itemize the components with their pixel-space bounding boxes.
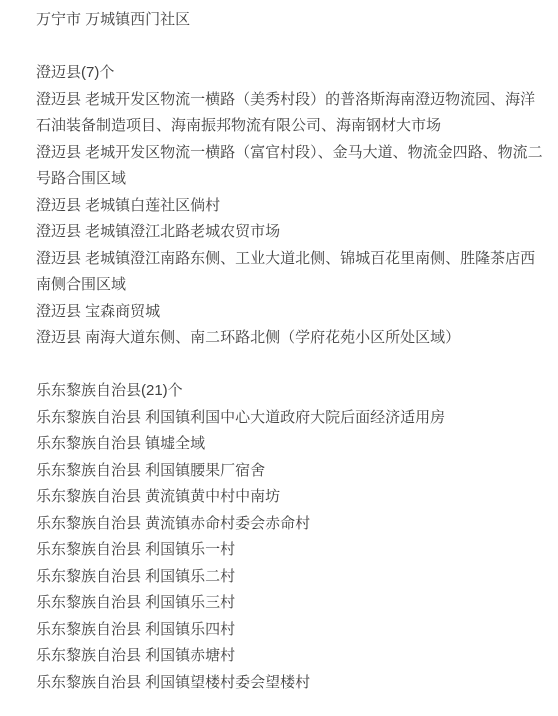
section-header: 澄迈县(7)个	[36, 60, 545, 87]
risk-area-item: 乐东黎族自治县 利国镇腰果厂宿舍	[36, 458, 545, 485]
risk-area-item: 乐东黎族自治县 黄流镇黄中村中南坊	[36, 484, 545, 511]
risk-area-item: 乐东黎族自治县 黄流镇赤命村委会赤命村	[36, 511, 545, 538]
region-intro-line: 万宁市 万城镇西门社区	[36, 7, 545, 34]
risk-area-item: 澄迈县 宝森商贸城	[36, 299, 545, 326]
risk-area-item: 澄迈县 老城镇澄江北路老城农贸市场	[36, 219, 545, 246]
risk-area-item: 澄迈县 南海大道东侧、南二环路北侧（学府花苑小区所处区域）	[36, 325, 545, 352]
risk-area-item: 乐东黎族自治县 利国镇乐一村	[36, 537, 545, 564]
risk-area-item: 澄迈县 老城镇澄江南路东侧、工业大道北侧、锦城百花里南侧、胜隆茶店西南侧合围区域	[36, 246, 545, 299]
risk-area-item: 乐东黎族自治县 利国镇乐二村	[36, 564, 545, 591]
risk-area-item: 乐东黎族自治县 利国镇乐四村	[36, 617, 545, 644]
risk-area-item: 澄迈县 老城开发区物流一横路（富官村段）、金马大道、物流金四路、物流二号路合围区…	[36, 140, 545, 193]
risk-area-item: 乐东黎族自治县 利国镇利国中心大道政府大院后面经济适用房	[36, 405, 545, 432]
section-header: 乐东黎族自治县(21)个	[36, 378, 545, 405]
risk-area-item: 乐东黎族自治县 利国镇望楼村委会望楼村	[36, 670, 545, 697]
risk-area-item: 乐东黎族自治县 利国镇赤塘村	[36, 643, 545, 670]
risk-area-item: 澄迈县 老城镇白莲社区倘村	[36, 193, 545, 220]
risk-area-document: 万宁市 万城镇西门社区 澄迈县(7)个澄迈县 老城开发区物流一横路（美秀村段）的…	[0, 0, 558, 696]
risk-area-item: 乐东黎族自治县 利国镇乐三村	[36, 590, 545, 617]
risk-area-item: 澄迈县 老城开发区物流一横路（美秀村段）的普洛斯海南澄迈物流园、海洋石油装备制造…	[36, 87, 545, 140]
sections-container: 澄迈县(7)个澄迈县 老城开发区物流一横路（美秀村段）的普洛斯海南澄迈物流园、海…	[36, 60, 545, 696]
risk-area-item: 乐东黎族自治县 镇墟全域	[36, 431, 545, 458]
